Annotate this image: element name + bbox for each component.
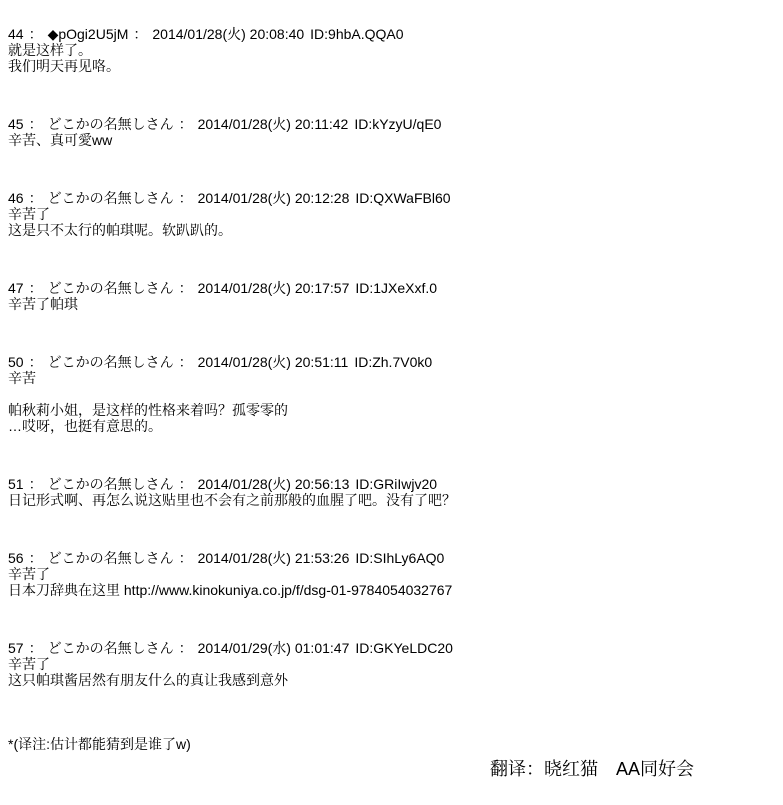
- post-number: 46: [8, 190, 24, 206]
- post-body: 辛苦了 这只帕琪酱居然有朋友什么的真让我感到意外: [8, 656, 773, 688]
- separator: ：: [24, 280, 48, 296]
- separator: ：: [174, 280, 198, 296]
- post-body: 日记形式啊、再怎么说这贴里也不会有之前那般的血腥了吧。没有了吧？: [8, 492, 773, 508]
- post-header: 44：◆pOgi2U5jM：2014/01/28(火) 20:08:40ID:9…: [8, 26, 773, 42]
- post-id: ID:QXWaFBl60: [349, 190, 450, 206]
- separator: ：: [174, 476, 198, 492]
- separator: ：: [24, 190, 48, 206]
- post-number: 51: [8, 476, 24, 492]
- separator: ：: [24, 550, 48, 566]
- separator: ：: [174, 550, 198, 566]
- post-51: 51：どこかの名無しさん：2014/01/28(火) 20:56:13ID:GR…: [8, 476, 773, 508]
- post-44: 44：◆pOgi2U5jM：2014/01/28(火) 20:08:40ID:9…: [8, 26, 773, 74]
- post-header: 57：どこかの名無しさん：2014/01/29(水) 01:01:47ID:GK…: [8, 640, 773, 656]
- post-author: どこかの名無しさん: [48, 116, 174, 132]
- post-body: 辛苦了帕琪: [8, 296, 773, 312]
- post-line-with-url: 日本刀辞典在这里 http://www.kinokuniya.co.jp/f/d…: [8, 582, 773, 598]
- separator: ：: [128, 26, 152, 42]
- post-number: 56: [8, 550, 24, 566]
- post-45: 45：どこかの名無しさん：2014/01/28(火) 20:11:42ID:kY…: [8, 116, 773, 148]
- post-id: ID:GRiIwjv20: [349, 476, 437, 492]
- post-number: 44: [8, 26, 24, 42]
- post-line: 辛苦了帕琪: [8, 296, 773, 312]
- separator: ：: [24, 26, 48, 42]
- post-body: 就是这样了。 我们明天再见咯。: [8, 42, 773, 74]
- post-body: 辛苦、真可愛ww: [8, 132, 773, 148]
- post-author: どこかの名無しさん: [48, 190, 174, 206]
- post-line-blank: [8, 386, 773, 402]
- post-line: …哎呀，也挺有意思的。: [8, 418, 773, 434]
- post-datetime: 2014/01/28(火) 20:51:11: [198, 354, 349, 370]
- translation-credit: 翻译：晓红猫 AA同好会: [490, 758, 773, 780]
- separator: ：: [24, 640, 48, 656]
- post-datetime: 2014/01/28(火) 20:12:28: [198, 190, 350, 206]
- post-datetime: 2014/01/29(水) 01:01:47: [198, 640, 350, 656]
- post-line: 辛苦了: [8, 656, 773, 672]
- post-header: 46：どこかの名無しさん：2014/01/28(火) 20:12:28ID:QX…: [8, 190, 773, 206]
- post-number: 57: [8, 640, 24, 656]
- post-id: ID:Zh.7V0k0: [348, 354, 432, 370]
- post-56: 56：どこかの名無しさん：2014/01/28(火) 21:53:26ID:SI…: [8, 550, 773, 598]
- post-id: ID:GKYeLDC20: [349, 640, 453, 656]
- post-line: 辛苦了: [8, 566, 773, 582]
- post-line: 日记形式啊、再怎么说这贴里也不会有之前那般的血腥了吧。没有了吧？: [8, 492, 773, 508]
- post-header: 45：どこかの名無しさん：2014/01/28(火) 20:11:42ID:kY…: [8, 116, 773, 132]
- post-number: 45: [8, 116, 24, 132]
- post-id: ID:kYzyU/qE0: [348, 116, 441, 132]
- post-number: 50: [8, 354, 24, 370]
- post-47: 47：どこかの名無しさん：2014/01/28(火) 20:17:57ID:1J…: [8, 280, 773, 312]
- post-line: 我们明天再见咯。: [8, 58, 773, 74]
- post-line: 辛苦: [8, 370, 773, 386]
- post-line: 帕秋莉小姐，是这样的性格来着吗？孤零零的: [8, 402, 773, 418]
- post-header: 47：どこかの名無しさん：2014/01/28(火) 20:17:57ID:1J…: [8, 280, 773, 296]
- post-datetime: 2014/01/28(火) 21:53:26: [198, 550, 350, 566]
- separator: ：: [174, 354, 198, 370]
- post-line: 这只帕琪酱居然有朋友什么的真让我感到意外: [8, 672, 773, 688]
- post-author: どこかの名無しさん: [48, 550, 174, 566]
- thread-page: 44：◆pOgi2U5jM：2014/01/28(火) 20:08:40ID:9…: [0, 0, 783, 780]
- translator-note: *(译注:估计都能猜到是谁了w): [8, 736, 773, 752]
- post-header: 50：どこかの名無しさん：2014/01/28(火) 20:51:11ID:Zh…: [8, 354, 773, 370]
- post-author: どこかの名無しさん: [48, 280, 174, 296]
- post-id: ID:9hbA.QQA0: [304, 26, 403, 42]
- separator: ：: [24, 354, 48, 370]
- post-57: 57：どこかの名無しさん：2014/01/29(水) 01:01:47ID:GK…: [8, 640, 773, 688]
- post-body: 辛苦了 日本刀辞典在这里 http://www.kinokuniya.co.jp…: [8, 566, 773, 598]
- separator: ：: [24, 476, 48, 492]
- post-line: 就是这样了。: [8, 42, 773, 58]
- post-number: 47: [8, 280, 24, 296]
- post-author: どこかの名無しさん: [48, 476, 174, 492]
- separator: ：: [174, 116, 198, 132]
- post-body: 辛苦 帕秋莉小姐，是这样的性格来着吗？孤零零的 …哎呀，也挺有意思的。: [8, 370, 773, 434]
- post-body: 辛苦了 这是只不太行的帕琪呢。软趴趴的。: [8, 206, 773, 238]
- post-datetime: 2014/01/28(火) 20:17:57: [198, 280, 350, 296]
- post-line: 辛苦、真可愛ww: [8, 132, 773, 148]
- post-author: どこかの名無しさん: [48, 640, 174, 656]
- post-author: どこかの名無しさん: [48, 354, 174, 370]
- post-datetime: 2014/01/28(火) 20:11:42: [198, 116, 349, 132]
- separator: ：: [174, 190, 198, 206]
- post-50: 50：どこかの名無しさん：2014/01/28(火) 20:51:11ID:Zh…: [8, 354, 773, 434]
- post-id: ID:SIhLy6AQ0: [349, 550, 444, 566]
- post-line: 辛苦了: [8, 206, 773, 222]
- post-46: 46：どこかの名無しさん：2014/01/28(火) 20:12:28ID:QX…: [8, 190, 773, 238]
- post-line: 这是只不太行的帕琪呢。软趴趴的。: [8, 222, 773, 238]
- post-id: ID:1JXeXxf.0: [349, 280, 437, 296]
- post-header: 56：どこかの名無しさん：2014/01/28(火) 21:53:26ID:SI…: [8, 550, 773, 566]
- separator: ：: [24, 116, 48, 132]
- post-datetime: 2014/01/28(火) 20:56:13: [198, 476, 350, 492]
- post-header: 51：どこかの名無しさん：2014/01/28(火) 20:56:13ID:GR…: [8, 476, 773, 492]
- separator: ：: [174, 640, 198, 656]
- post-author: ◆pOgi2U5jM: [48, 26, 129, 42]
- post-datetime: 2014/01/28(火) 20:08:40: [152, 26, 304, 42]
